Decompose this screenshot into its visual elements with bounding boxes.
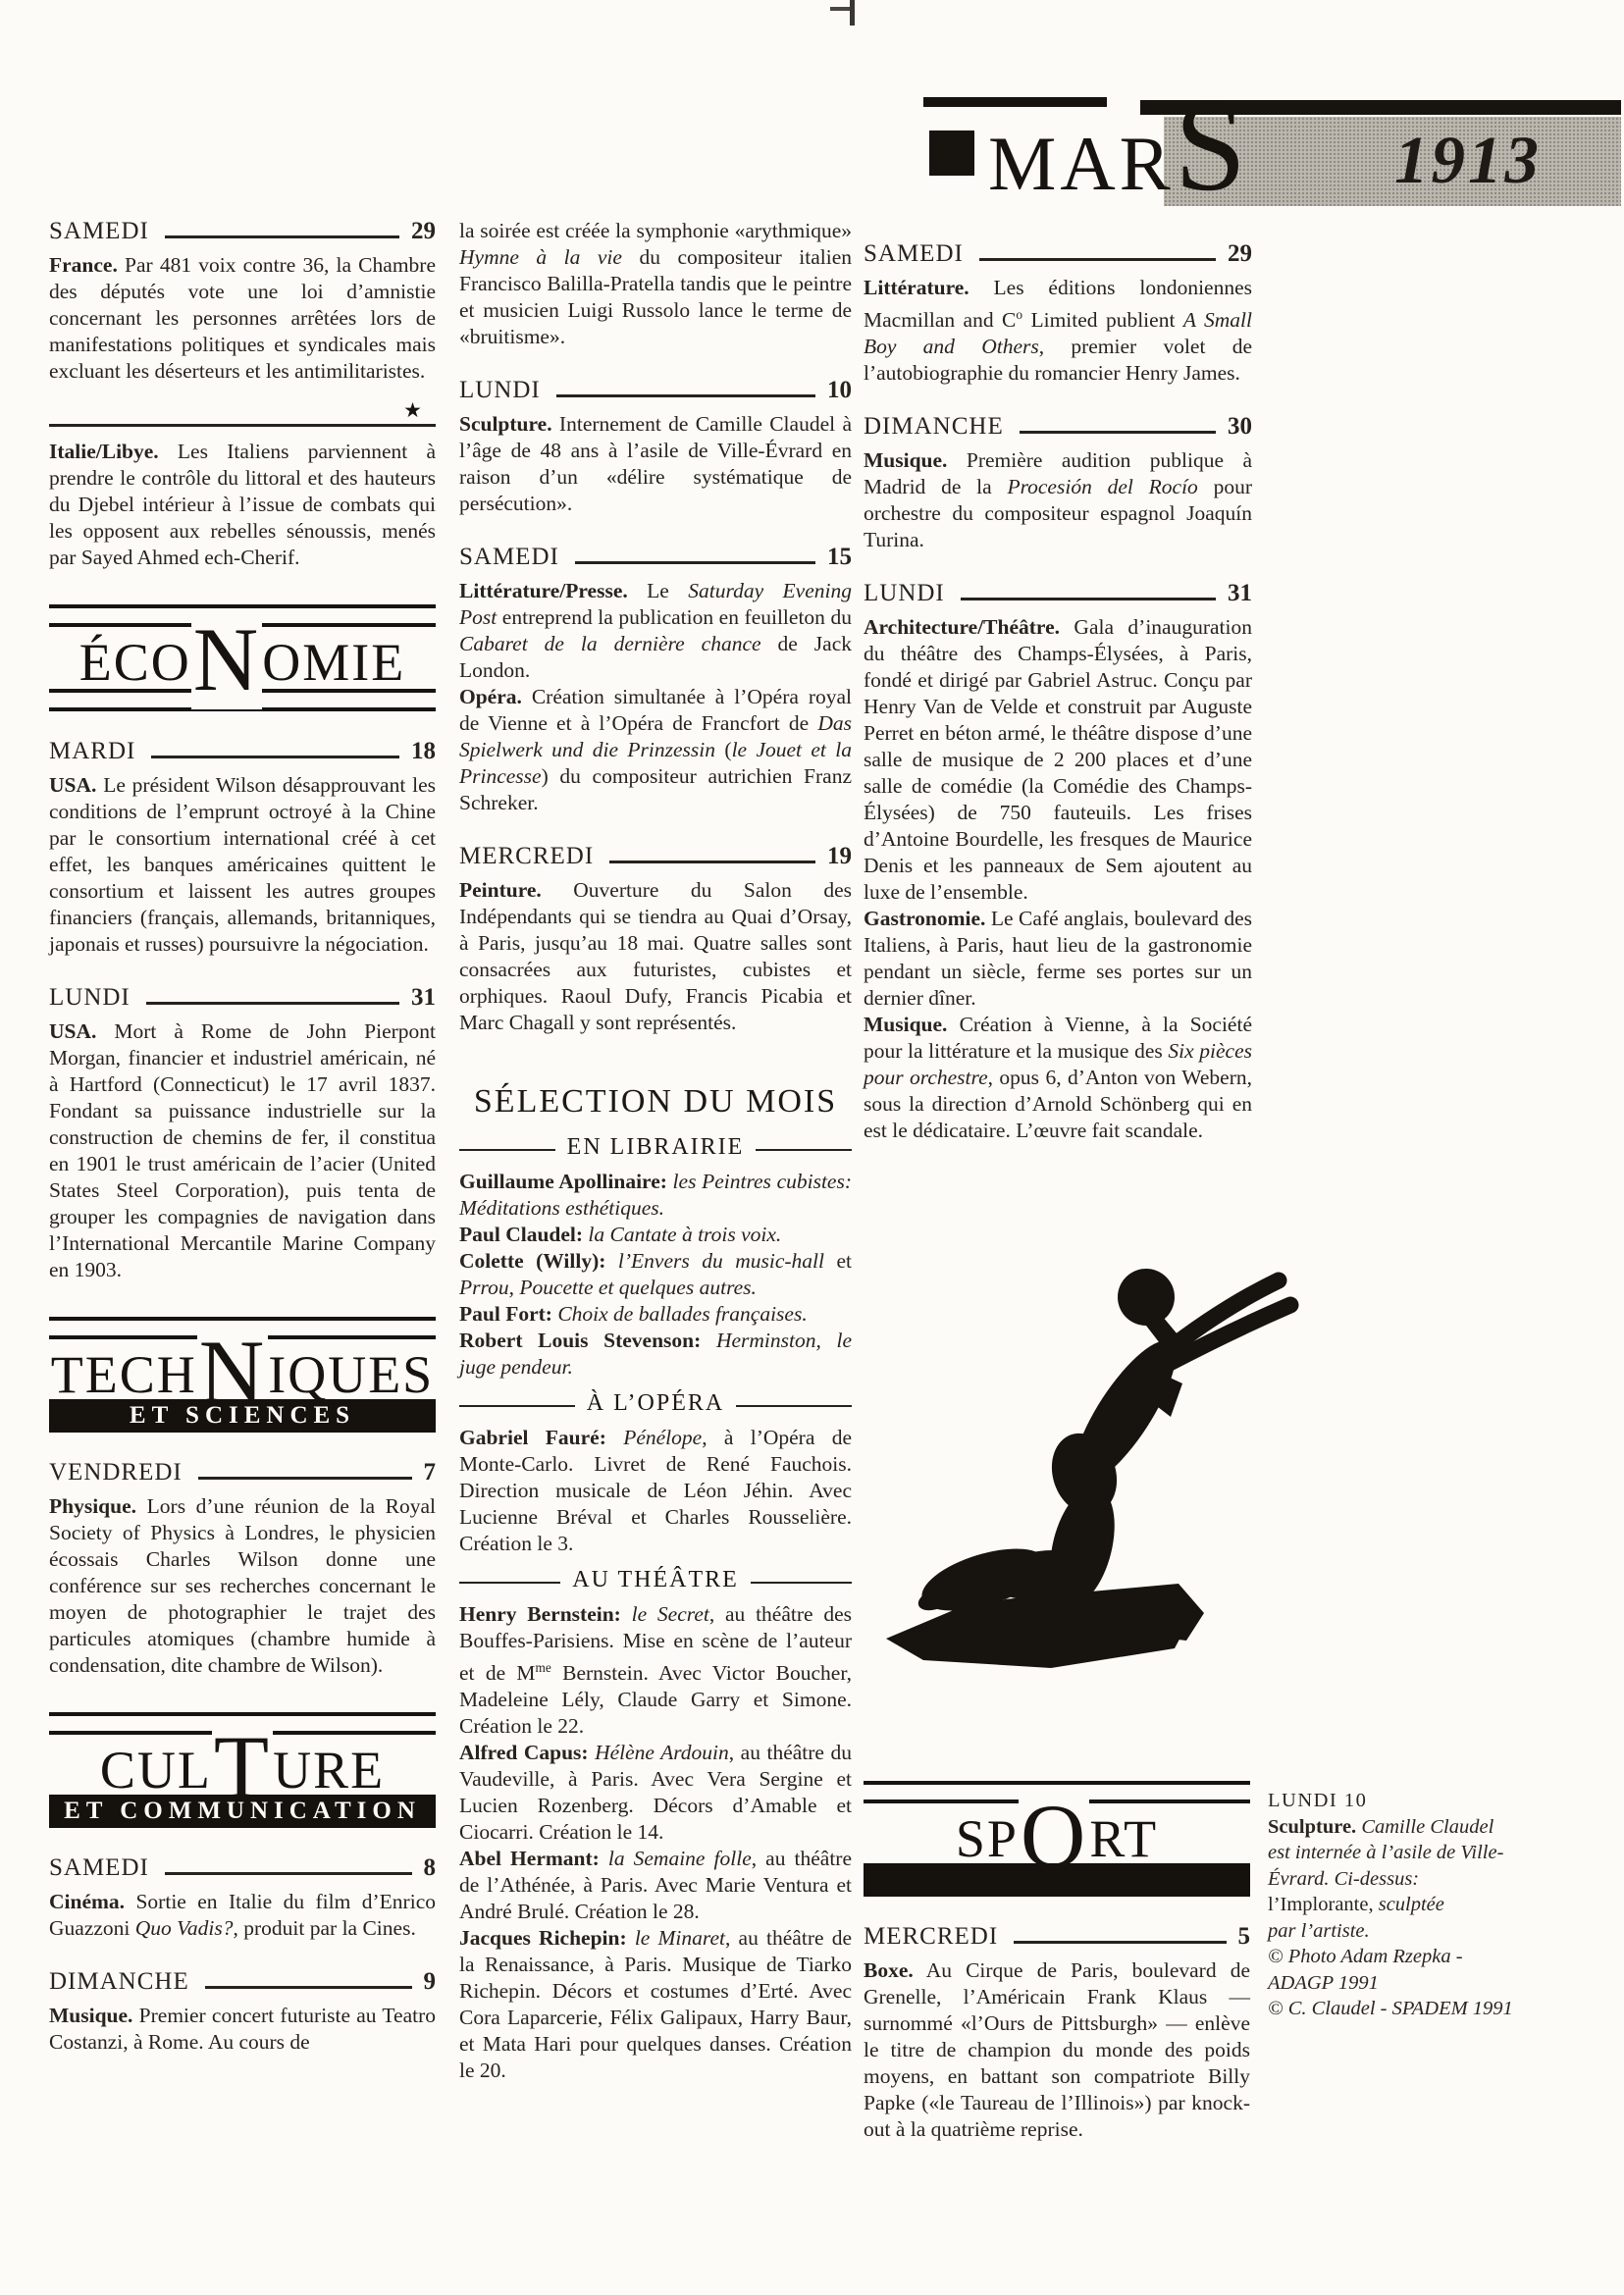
day-number: 5 — [1238, 1923, 1251, 1951]
caption-line: par l’artiste. — [1268, 1918, 1601, 1945]
month-marker-square — [929, 130, 974, 176]
caption-line: LUNDI 10 — [1268, 1788, 1601, 1814]
date-heading: LUNDI10 — [459, 377, 852, 404]
text-run: Musique. — [864, 1013, 947, 1036]
paragraph: Guillaume Apollinaire: les Peintres cubi… — [459, 1169, 852, 1222]
paragraph: Gastronomie. Le Café anglais, boulevard … — [864, 906, 1252, 1012]
paragraph: Gabriel Fauré: Pénélope, à l’Opéra de Mo… — [459, 1425, 852, 1557]
divider-line — [49, 424, 436, 427]
paragraph: Colette (Willy): l’Envers du music-hall … — [459, 1248, 852, 1301]
text-run: , produit par la Cines. — [234, 1916, 416, 1940]
day-number: 9 — [424, 1968, 437, 1996]
text-run: est internée à l’asile de Ville- — [1268, 1842, 1503, 1863]
section-title-big-letter: N — [191, 609, 262, 709]
star-divider: ★ — [49, 399, 436, 427]
selection-title: SÉLECTION DU MOIS — [459, 1083, 852, 1121]
text-run: Procesión del Rocío — [1007, 475, 1197, 498]
text-run: Au Cirque de Paris, boulevard de Grenell… — [864, 1958, 1250, 2141]
day-number: 31 — [411, 984, 436, 1012]
column-middle: la soirée est créée la symphonie «arythm… — [459, 218, 852, 2084]
section-subtitle-bar: ET SCIENCES — [49, 1399, 436, 1433]
text-run: Paul Claudel: — [459, 1223, 583, 1246]
date-heading: SAMEDI15 — [459, 544, 852, 571]
date-heading: LUNDI31 — [49, 984, 436, 1012]
paragraph: Cinéma. Sortie en Italie du film d’Enric… — [49, 1889, 436, 1942]
text-run: Musique. — [49, 2004, 132, 2027]
photo-caption: LUNDI 10Sculpture. Camille Claudelest in… — [1268, 1788, 1601, 2022]
text-run: Limited publient — [1022, 308, 1183, 332]
section-header: SPORT — [864, 1781, 1250, 1897]
paragraph: Abel Hermant: la Semaine folle, au théât… — [459, 1846, 852, 1925]
text-run: Le président Wilson désapprouvant les co… — [49, 773, 436, 956]
weekday-label: LUNDI — [864, 580, 945, 607]
text-run: entreprend la publication en feuilleton … — [497, 605, 852, 629]
weekday-label: DIMANCHE — [49, 1968, 189, 1996]
caption-line: l’Implorante, sculptée — [1268, 1892, 1601, 1918]
text-run: et — [824, 1249, 852, 1273]
column-left: SAMEDI29France. Par 481 voix contre 36, … — [49, 218, 436, 2056]
text-run: Physique. — [49, 1494, 136, 1518]
date-heading: MARDI18 — [49, 738, 436, 765]
subheading-label: À L’OPÉRA — [587, 1390, 724, 1417]
paragraph: France. Par 481 voix contre 36, la Chamb… — [49, 252, 436, 385]
paragraph: Paul Fort: Choix de ballades françaises. — [459, 1301, 852, 1328]
subheading-label: AU THÉÂTRE — [572, 1567, 739, 1593]
date-heading: MERCREDI5 — [864, 1923, 1250, 1951]
paragraph: Boxe. Au Cirque de Paris, boulevard de G… — [864, 1957, 1250, 2143]
day-number: 19 — [827, 843, 852, 870]
caption-line: ADAGP 1991 — [1268, 1970, 1601, 1997]
day-number: 18 — [411, 738, 436, 765]
text-run: Sculpture. — [459, 412, 552, 436]
list-subheading: AU THÉÂTRE — [459, 1567, 852, 1593]
text-run: © C. Claudel - SPADEM 1991 — [1268, 1998, 1513, 2019]
paragraph: Physique. Lors d’une réunion de la Royal… — [49, 1493, 436, 1679]
date-heading: VENDREDI7 — [49, 1459, 436, 1487]
text-run: Évrard. Ci-dessus: — [1268, 1868, 1419, 1890]
text-run: Littérature. — [864, 276, 969, 299]
crop-mark-vertical — [850, 0, 855, 26]
text-run: ( — [715, 738, 732, 761]
text-run: Camille Claudel — [1361, 1816, 1493, 1838]
section-title-prefix: SP — [956, 1809, 1019, 1868]
paragraph: Jacques Richepin: le Minaret, au théâtre… — [459, 1925, 852, 2084]
text-run: USA. — [49, 773, 96, 797]
text-run: Pénélope — [606, 1426, 702, 1449]
date-rule — [979, 258, 1216, 261]
weekday-label: VENDREDI — [49, 1459, 183, 1487]
paragraph: Musique. Première audition publique à Ma… — [864, 447, 1252, 553]
weekday-label: MARDI — [49, 738, 135, 765]
weekday-label: DIMANCHE — [864, 413, 1004, 441]
paragraph: Sculpture. Internement de Camille Claude… — [459, 411, 852, 517]
text-run: Italie/Libye. — [49, 440, 159, 463]
date-heading: SAMEDI29 — [864, 240, 1252, 268]
text-run: sculptée — [1379, 1894, 1444, 1915]
text-run: le Minaret — [627, 1926, 725, 1950]
section-title-suffix: RT — [1089, 1809, 1158, 1868]
day-number: 29 — [411, 218, 436, 245]
text-run: Musique. — [864, 448, 947, 472]
date-rule — [198, 1477, 412, 1480]
paragraph: Littérature. Les éditions londoniennes M… — [864, 275, 1252, 387]
paragraph: Alfred Capus: Hélène Ardouin, au théâtre… — [459, 1740, 852, 1846]
day-number: 30 — [1228, 413, 1252, 441]
section-title-prefix: TECH — [51, 1345, 197, 1404]
text-run: par l’artiste. — [1268, 1920, 1370, 1942]
magazine-page: MARS 1913 SAMEDI29France. Par 481 voix c… — [0, 0, 1624, 2295]
date-rule — [151, 756, 399, 758]
month-title-text: MAR — [988, 120, 1175, 208]
text-run: Gala d’inauguration du théâtre des Champ… — [864, 615, 1252, 904]
text-run: Gabriel Fauré: — [459, 1426, 606, 1449]
subheading-rule-right — [736, 1405, 852, 1407]
text-run: Prrou, Poucette et quelques autres. — [459, 1276, 757, 1299]
text-run: Robert Louis Stevenson: — [459, 1329, 701, 1352]
text-run: Henry Bernstein: — [459, 1602, 621, 1626]
subheading-label: EN LIBRAIRIE — [567, 1134, 745, 1161]
list-subheading: EN LIBRAIRIE — [459, 1134, 852, 1161]
text-run: USA. — [49, 1019, 96, 1043]
list-subheading: À L’OPÉRA — [459, 1390, 852, 1417]
paragraph: la soirée est créée la symphonie «arythm… — [459, 218, 852, 350]
crop-mark-horizontal — [830, 7, 850, 11]
subheading-rule-right — [751, 1582, 852, 1584]
paragraph: Littérature/Presse. Le Saturday Evening … — [459, 578, 852, 684]
section-subtitle-bar: ET COMMUNICATION — [49, 1795, 436, 1828]
text-run: Alfred Capus: — [459, 1741, 589, 1764]
text-run: Mort à Rome de John Pierpont Morgan, fin… — [49, 1019, 436, 1281]
column-right: SAMEDI29Littérature. Les éditions london… — [864, 240, 1252, 1144]
weekday-label: MERCREDI — [864, 1923, 998, 1951]
subheading-rule-left — [459, 1405, 575, 1407]
weekday-label: SAMEDI — [459, 544, 559, 571]
text-run: Hélène Ardouin — [589, 1741, 729, 1764]
text-run: Sculpture. — [1268, 1816, 1361, 1838]
section-subtitle-bar — [864, 1863, 1250, 1897]
text-run: Choix de ballades françaises. — [552, 1302, 808, 1326]
paragraph: Italie/Libye. Les Italiens parviennent à… — [49, 439, 436, 571]
section-header: TECHNIQUESET SCIENCES — [49, 1317, 436, 1433]
date-heading: SAMEDI8 — [49, 1854, 436, 1882]
text-run: Opéra. — [459, 685, 522, 708]
subheading-rule-left — [459, 1149, 555, 1151]
weekday-label: SAMEDI — [49, 218, 149, 245]
paragraph: USA. Le président Wilson désapprouvant l… — [49, 772, 436, 958]
section-title-suffix: OMIE — [262, 633, 405, 692]
paragraph: Peinture. Ouverture du Salon des Indépen… — [459, 877, 852, 1036]
paragraph: Architecture/Théâtre. Gala d’inauguratio… — [864, 614, 1252, 906]
text-run: Gastronomie. — [864, 907, 985, 930]
month-title-big-letter: S — [1175, 71, 1246, 221]
text-run: Guillaume Apollinaire: — [459, 1170, 667, 1193]
section-title-suffix: URE — [273, 1741, 385, 1799]
weekday-label: LUNDI — [459, 377, 541, 404]
weekday-label: SAMEDI — [49, 1854, 149, 1882]
caption-line: © C. Claudel - SPADEM 1991 — [1268, 1996, 1601, 2022]
section-title-prefix: ÉCO — [79, 633, 191, 692]
text-run: Hymne à la vie — [459, 245, 622, 269]
section-header: CULTUREET COMMUNICATION — [49, 1712, 436, 1828]
text-run: la Cantate à trois voix. — [583, 1223, 781, 1246]
day-number: 10 — [827, 377, 852, 404]
sculpture-head — [1118, 1269, 1175, 1326]
caption-line: © Photo Adam Rzepka - — [1268, 1944, 1601, 1970]
paragraph: Robert Louis Stevenson: Herminston, le j… — [459, 1328, 852, 1381]
paragraph: USA. Mort à Rome de John Pierpont Morgan… — [49, 1018, 436, 1283]
section-title: CULTURE — [49, 1729, 436, 1799]
sport-section: SPORTMERCREDI5Boxe. Au Cirque de Paris, … — [864, 1781, 1250, 2143]
text-run: la Semaine folle — [600, 1847, 752, 1870]
text-run: Peinture. — [459, 878, 542, 902]
day-number: 7 — [424, 1459, 437, 1487]
weekday-label: MERCREDI — [459, 843, 594, 870]
day-number: 29 — [1228, 240, 1252, 268]
text-run: Lors d’une réunion de la Royal Society o… — [49, 1494, 436, 1677]
text-run: la soirée est créée la symphonie «arythm… — [459, 219, 852, 242]
date-rule — [165, 235, 399, 238]
paragraph: Opéra. Création simultanée à l’Opéra roy… — [459, 684, 852, 816]
subheading-rule-left — [459, 1582, 560, 1584]
text-run: l’Implorante, — [1268, 1894, 1379, 1915]
date-rule — [609, 861, 815, 863]
section-header: ÉCONOMIE — [49, 604, 436, 711]
text-run: Quo Vadis? — [135, 1916, 234, 1940]
text-run: Littérature/Presse. — [459, 579, 628, 602]
star-icon: ★ — [49, 399, 436, 421]
date-heading: DIMANCHE9 — [49, 1968, 436, 1996]
superscript-run: me — [536, 1660, 551, 1675]
date-rule — [961, 598, 1216, 600]
date-rule — [1014, 1941, 1226, 1944]
paragraph: Henry Bernstein: le Secret, au théâtre d… — [459, 1601, 852, 1740]
text-run: Colette (Willy): — [459, 1249, 605, 1273]
text-run: France. — [49, 253, 118, 277]
text-run: le Secret — [621, 1602, 709, 1626]
text-run: LUNDI 10 — [1268, 1790, 1367, 1811]
caption-line: Évrard. Ci-dessus: — [1268, 1866, 1601, 1893]
date-heading: SAMEDI29 — [49, 218, 436, 245]
text-run: Abel Hermant: — [459, 1847, 600, 1870]
weekday-label: SAMEDI — [864, 240, 964, 268]
date-rule — [165, 1872, 412, 1875]
text-run: Cinéma. — [49, 1890, 125, 1913]
section-title: SPORT — [864, 1798, 1250, 1867]
date-heading: MERCREDI19 — [459, 843, 852, 870]
caption-line: est internée à l’asile de Ville- — [1268, 1840, 1601, 1866]
date-rule — [205, 1986, 412, 1989]
date-heading: LUNDI31 — [864, 580, 1252, 607]
date-heading: DIMANCHE30 — [864, 413, 1252, 441]
section-title: TECHNIQUES — [49, 1333, 436, 1403]
text-run: l’Envers du music-hall — [605, 1249, 824, 1273]
date-rule — [575, 561, 815, 564]
text-run: © Photo Adam Rzepka - — [1268, 1946, 1463, 1967]
date-rule — [556, 394, 815, 397]
text-run: Boxe. — [864, 1958, 914, 1982]
paragraph: Paul Claudel: la Cantate à trois voix. — [459, 1222, 852, 1248]
sculpture-photo — [859, 1254, 1310, 1691]
subheading-rule-right — [756, 1149, 852, 1151]
paragraph: Musique. Premier concert futuriste au Te… — [49, 2003, 436, 2056]
text-run: Jacques Richepin: — [459, 1926, 627, 1950]
date-rule — [146, 1002, 399, 1005]
caption-line: Sculpture. Camille Claudel — [1268, 1814, 1601, 1841]
text-run: Architecture/Théâtre. — [864, 615, 1060, 639]
section-title-prefix: CUL — [100, 1741, 212, 1799]
text-run: Le — [628, 579, 689, 602]
section-title: ÉCONOMIE — [49, 621, 436, 691]
text-run: Cabaret de la dernière chance — [459, 632, 761, 655]
text-run: ADAGP 1991 — [1268, 1972, 1379, 1994]
text-run: Paul Fort: — [459, 1302, 552, 1326]
paragraph: Musique. Création à Vienne, à la Société… — [864, 1012, 1252, 1144]
section-title-suffix: IQUES — [268, 1345, 434, 1404]
day-number: 31 — [1228, 580, 1252, 607]
day-number: 15 — [827, 544, 852, 571]
month-title: MARS — [988, 71, 1246, 221]
date-rule — [1020, 431, 1216, 434]
day-number: 8 — [424, 1854, 437, 1882]
weekday-label: LUNDI — [49, 984, 131, 1012]
